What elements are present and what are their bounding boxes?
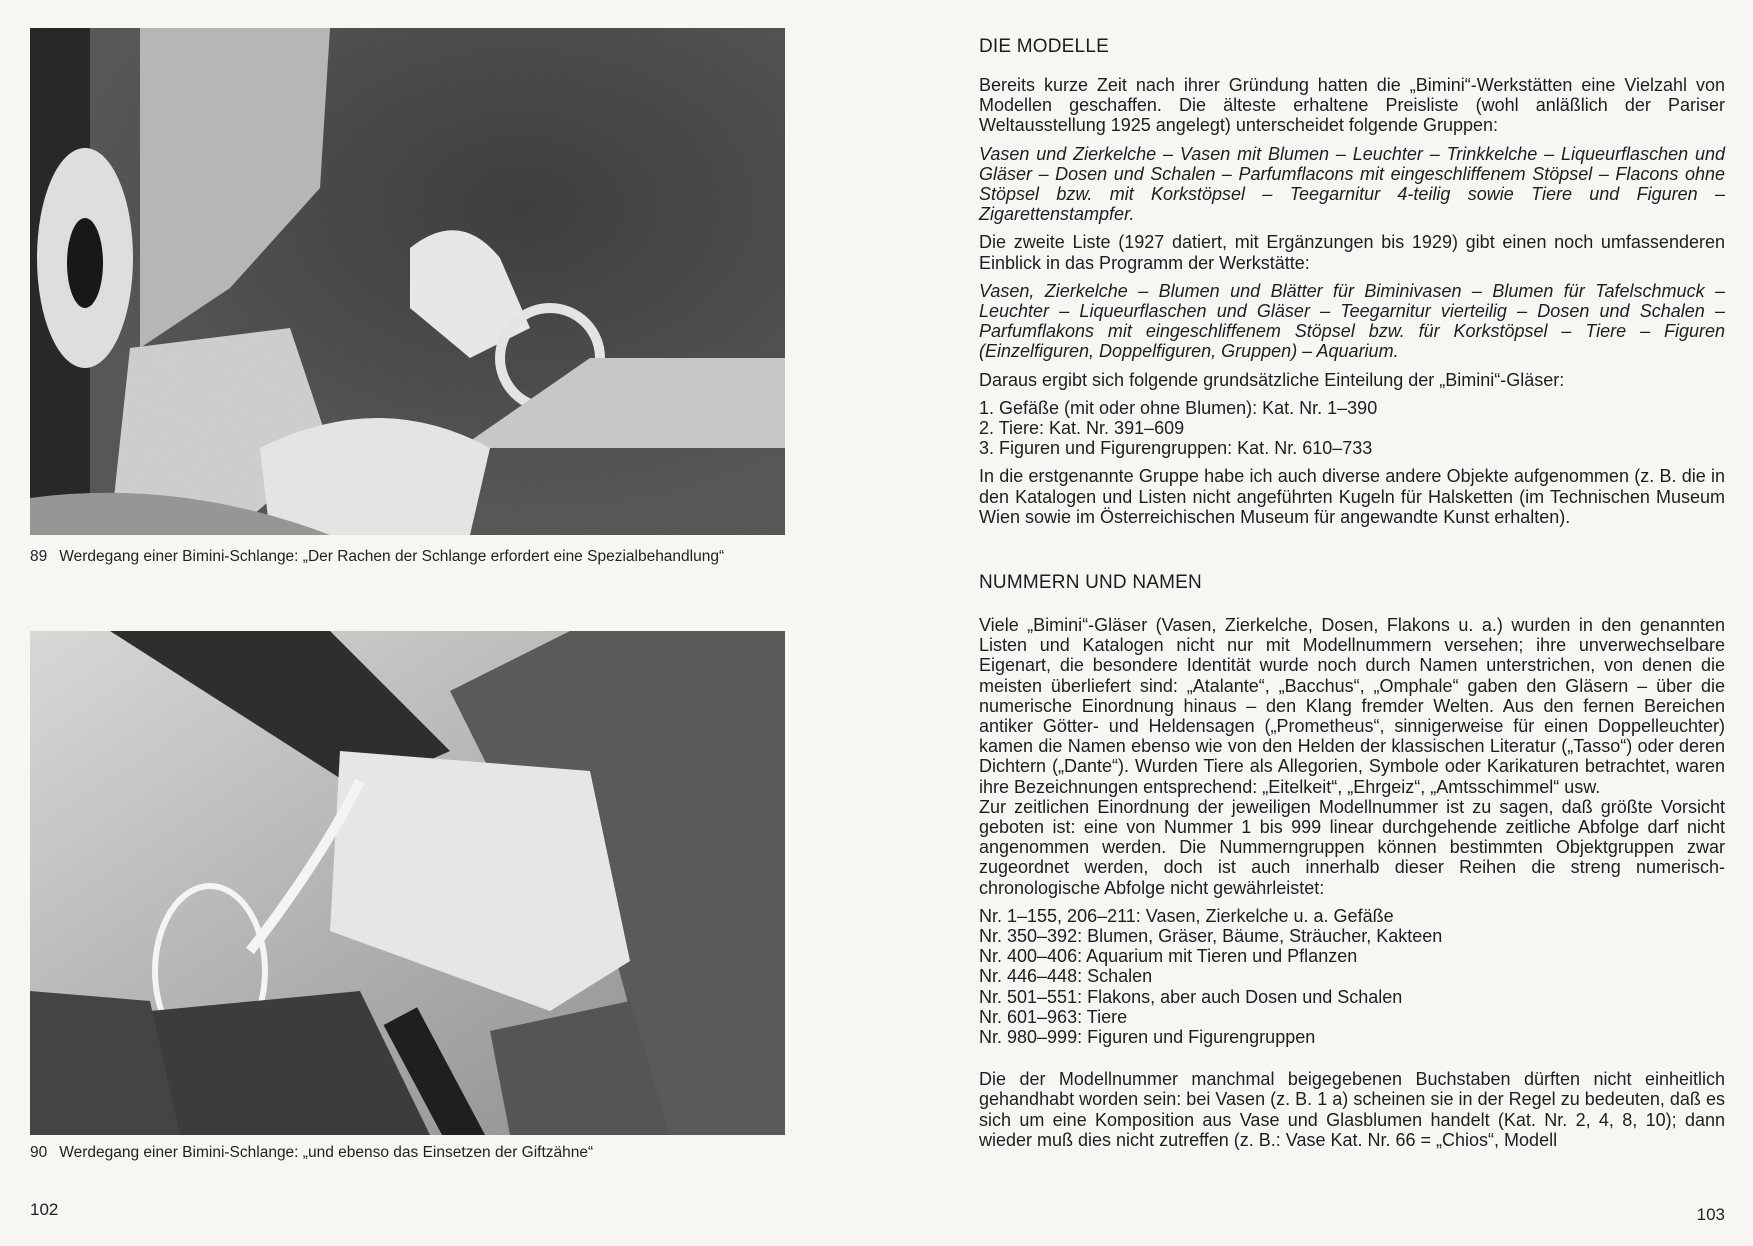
paragraph: Bereits kurze Zeit nach ihrer Gründung h…	[979, 75, 1725, 136]
list-item: Nr. 350–392: Blumen, Gräser, Bäume, Strä…	[979, 926, 1725, 946]
list-item: Nr. 980–999: Figuren und Figurengruppen	[979, 1027, 1725, 1047]
list-item: Nr. 1–155, 206–211: Vasen, Zierkelche u.…	[979, 906, 1725, 926]
page-number-right: 103	[1697, 1205, 1725, 1225]
classification-list: 1. Gefäße (mit oder ohne Blumen): Kat. N…	[979, 398, 1725, 459]
figure-number: 90	[30, 1144, 47, 1161]
glassblower-photo-image	[30, 28, 785, 535]
figure-90-caption: 90Werdegang einer Bimini-Schlange: „und …	[30, 1144, 785, 1162]
paragraph: Die zweite Liste (1927 datiert, mit Ergä…	[979, 232, 1725, 272]
paragraph: Die der Modellnummer manchmal beigegeben…	[979, 1069, 1725, 1150]
figure-number: 89	[30, 548, 47, 565]
number-groups-list: Nr. 1–155, 206–211: Vasen, Zierkelche u.…	[979, 906, 1725, 1047]
list-item: Nr. 501–551: Flakons, aber auch Dosen un…	[979, 987, 1725, 1007]
paragraph: In die erstgenannte Gruppe habe ich auch…	[979, 466, 1725, 527]
list-item: Nr. 601–963: Tiere	[979, 1007, 1725, 1027]
paragraph: Daraus ergibt sich folgende grundsätzlic…	[979, 370, 1725, 390]
paragraph: Zur zeitlichen Einordnung der jeweiligen…	[979, 797, 1725, 898]
left-page: 89Werdegang einer Bimini-Schlange: „Der …	[0, 0, 876, 1246]
list-item: 2. Tiere: Kat. Nr. 391–609	[979, 418, 1725, 438]
price-list-1927-groups: Vasen, Zierkelche – Blumen und Blätter f…	[979, 281, 1725, 362]
section-heading-nummern-und-namen: NUMMERN UND NAMEN	[979, 572, 1202, 594]
paragraph: Viele „Bimini“-Gläser (Vasen, Zierkelche…	[979, 615, 1725, 797]
price-list-1925-groups: Vasen und Zierkelche – Vasen mit Blumen …	[979, 144, 1725, 225]
page-number-left: 102	[30, 1200, 58, 1220]
section-nummern-und-namen-body: Viele „Bimini“-Gläser (Vasen, Zierkelche…	[979, 615, 1725, 1158]
list-item: 1. Gefäße (mit oder ohne Blumen): Kat. N…	[979, 398, 1725, 418]
right-page: DIE MODELLE Bereits kurze Zeit nach ihre…	[876, 0, 1753, 1246]
figure-89-photo	[30, 28, 785, 535]
figure-90-photo	[30, 631, 785, 1135]
glass-snake-photo-image	[30, 631, 785, 1135]
section-die-modelle-body: Bereits kurze Zeit nach ihrer Gründung h…	[979, 75, 1725, 535]
list-item: Nr. 400–406: Aquarium mit Tieren und Pfl…	[979, 946, 1725, 966]
caption-text: Werdegang einer Bimini-Schlange: „und eb…	[59, 1144, 593, 1161]
list-item: Nr. 446–448: Schalen	[979, 966, 1725, 986]
section-heading-die-modelle: DIE MODELLE	[979, 36, 1109, 58]
caption-text: Werdegang einer Bimini-Schlange: „Der Ra…	[59, 548, 724, 565]
list-item: 3. Figuren und Figurengruppen: Kat. Nr. …	[979, 438, 1725, 458]
figure-89-caption: 89Werdegang einer Bimini-Schlange: „Der …	[30, 548, 785, 566]
